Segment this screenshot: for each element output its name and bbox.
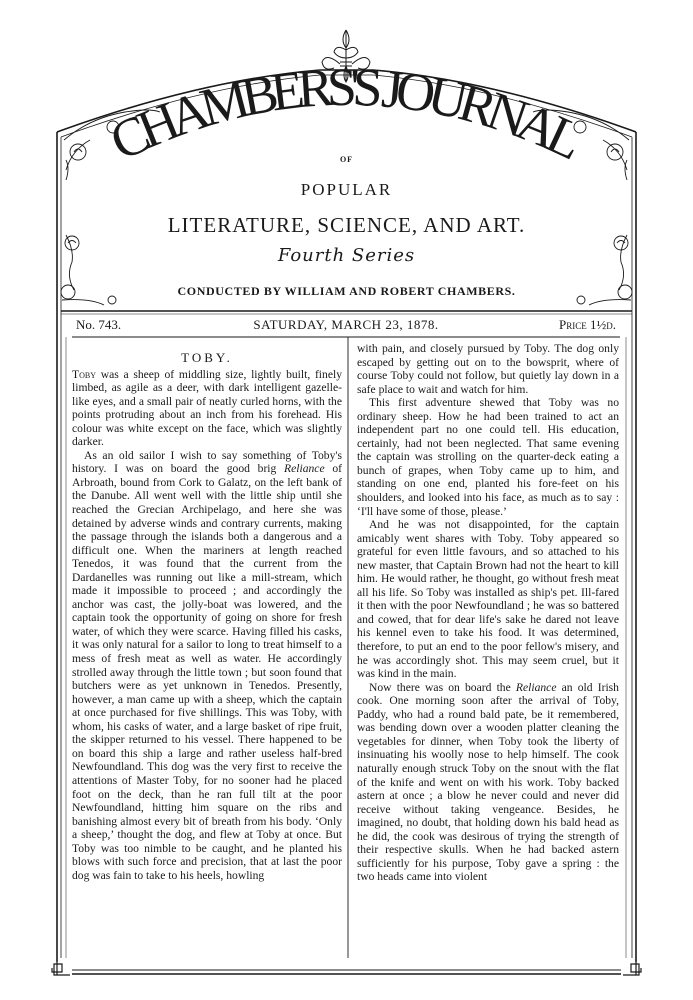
- article-paragraph: As an old sailor I wish to say something…: [72, 449, 342, 883]
- masthead-conducted-by: CONDUCTED BY WILLIAM AND ROBERT CHAMBERS…: [0, 284, 693, 299]
- masthead-title: CHAMBERS'S JOURNAL: [0, 0, 693, 240]
- article-paragraph: This first adventure shewed that Toby wa…: [357, 396, 619, 518]
- article-paragraph: Now there was on board the Reliance an o…: [357, 681, 619, 884]
- issue-date: SATURDAY, MARCH 23, 1878.: [72, 317, 620, 333]
- opening-word: Toby: [72, 368, 96, 381]
- masthead-popular: POPULAR: [0, 180, 693, 200]
- article-column-right: with pain, and closely pursued by Toby. …: [357, 342, 619, 884]
- ship-name: Reliance: [516, 681, 557, 694]
- issue-price: Price 1½d.: [559, 317, 616, 333]
- masthead-subtitle: LITERATURE, SCIENCE, AND ART.: [0, 213, 693, 238]
- masthead-of: OF: [0, 155, 693, 164]
- article-title: TOBY.: [72, 351, 342, 365]
- ship-name: Reliance: [284, 462, 325, 475]
- article-paragraph: Toby was a sheep of middling size, light…: [72, 368, 342, 449]
- article-column-left: TOBY. Toby was a sheep of middling size,…: [72, 351, 342, 882]
- article-paragraph: with pain, and closely pursued by Toby. …: [357, 342, 619, 396]
- article-paragraph: And he was not disappointed, for the cap…: [357, 518, 619, 681]
- dateline: No. 743. SATURDAY, MARCH 23, 1878. Price…: [72, 313, 620, 335]
- masthead-series: Fourth Series: [0, 245, 693, 266]
